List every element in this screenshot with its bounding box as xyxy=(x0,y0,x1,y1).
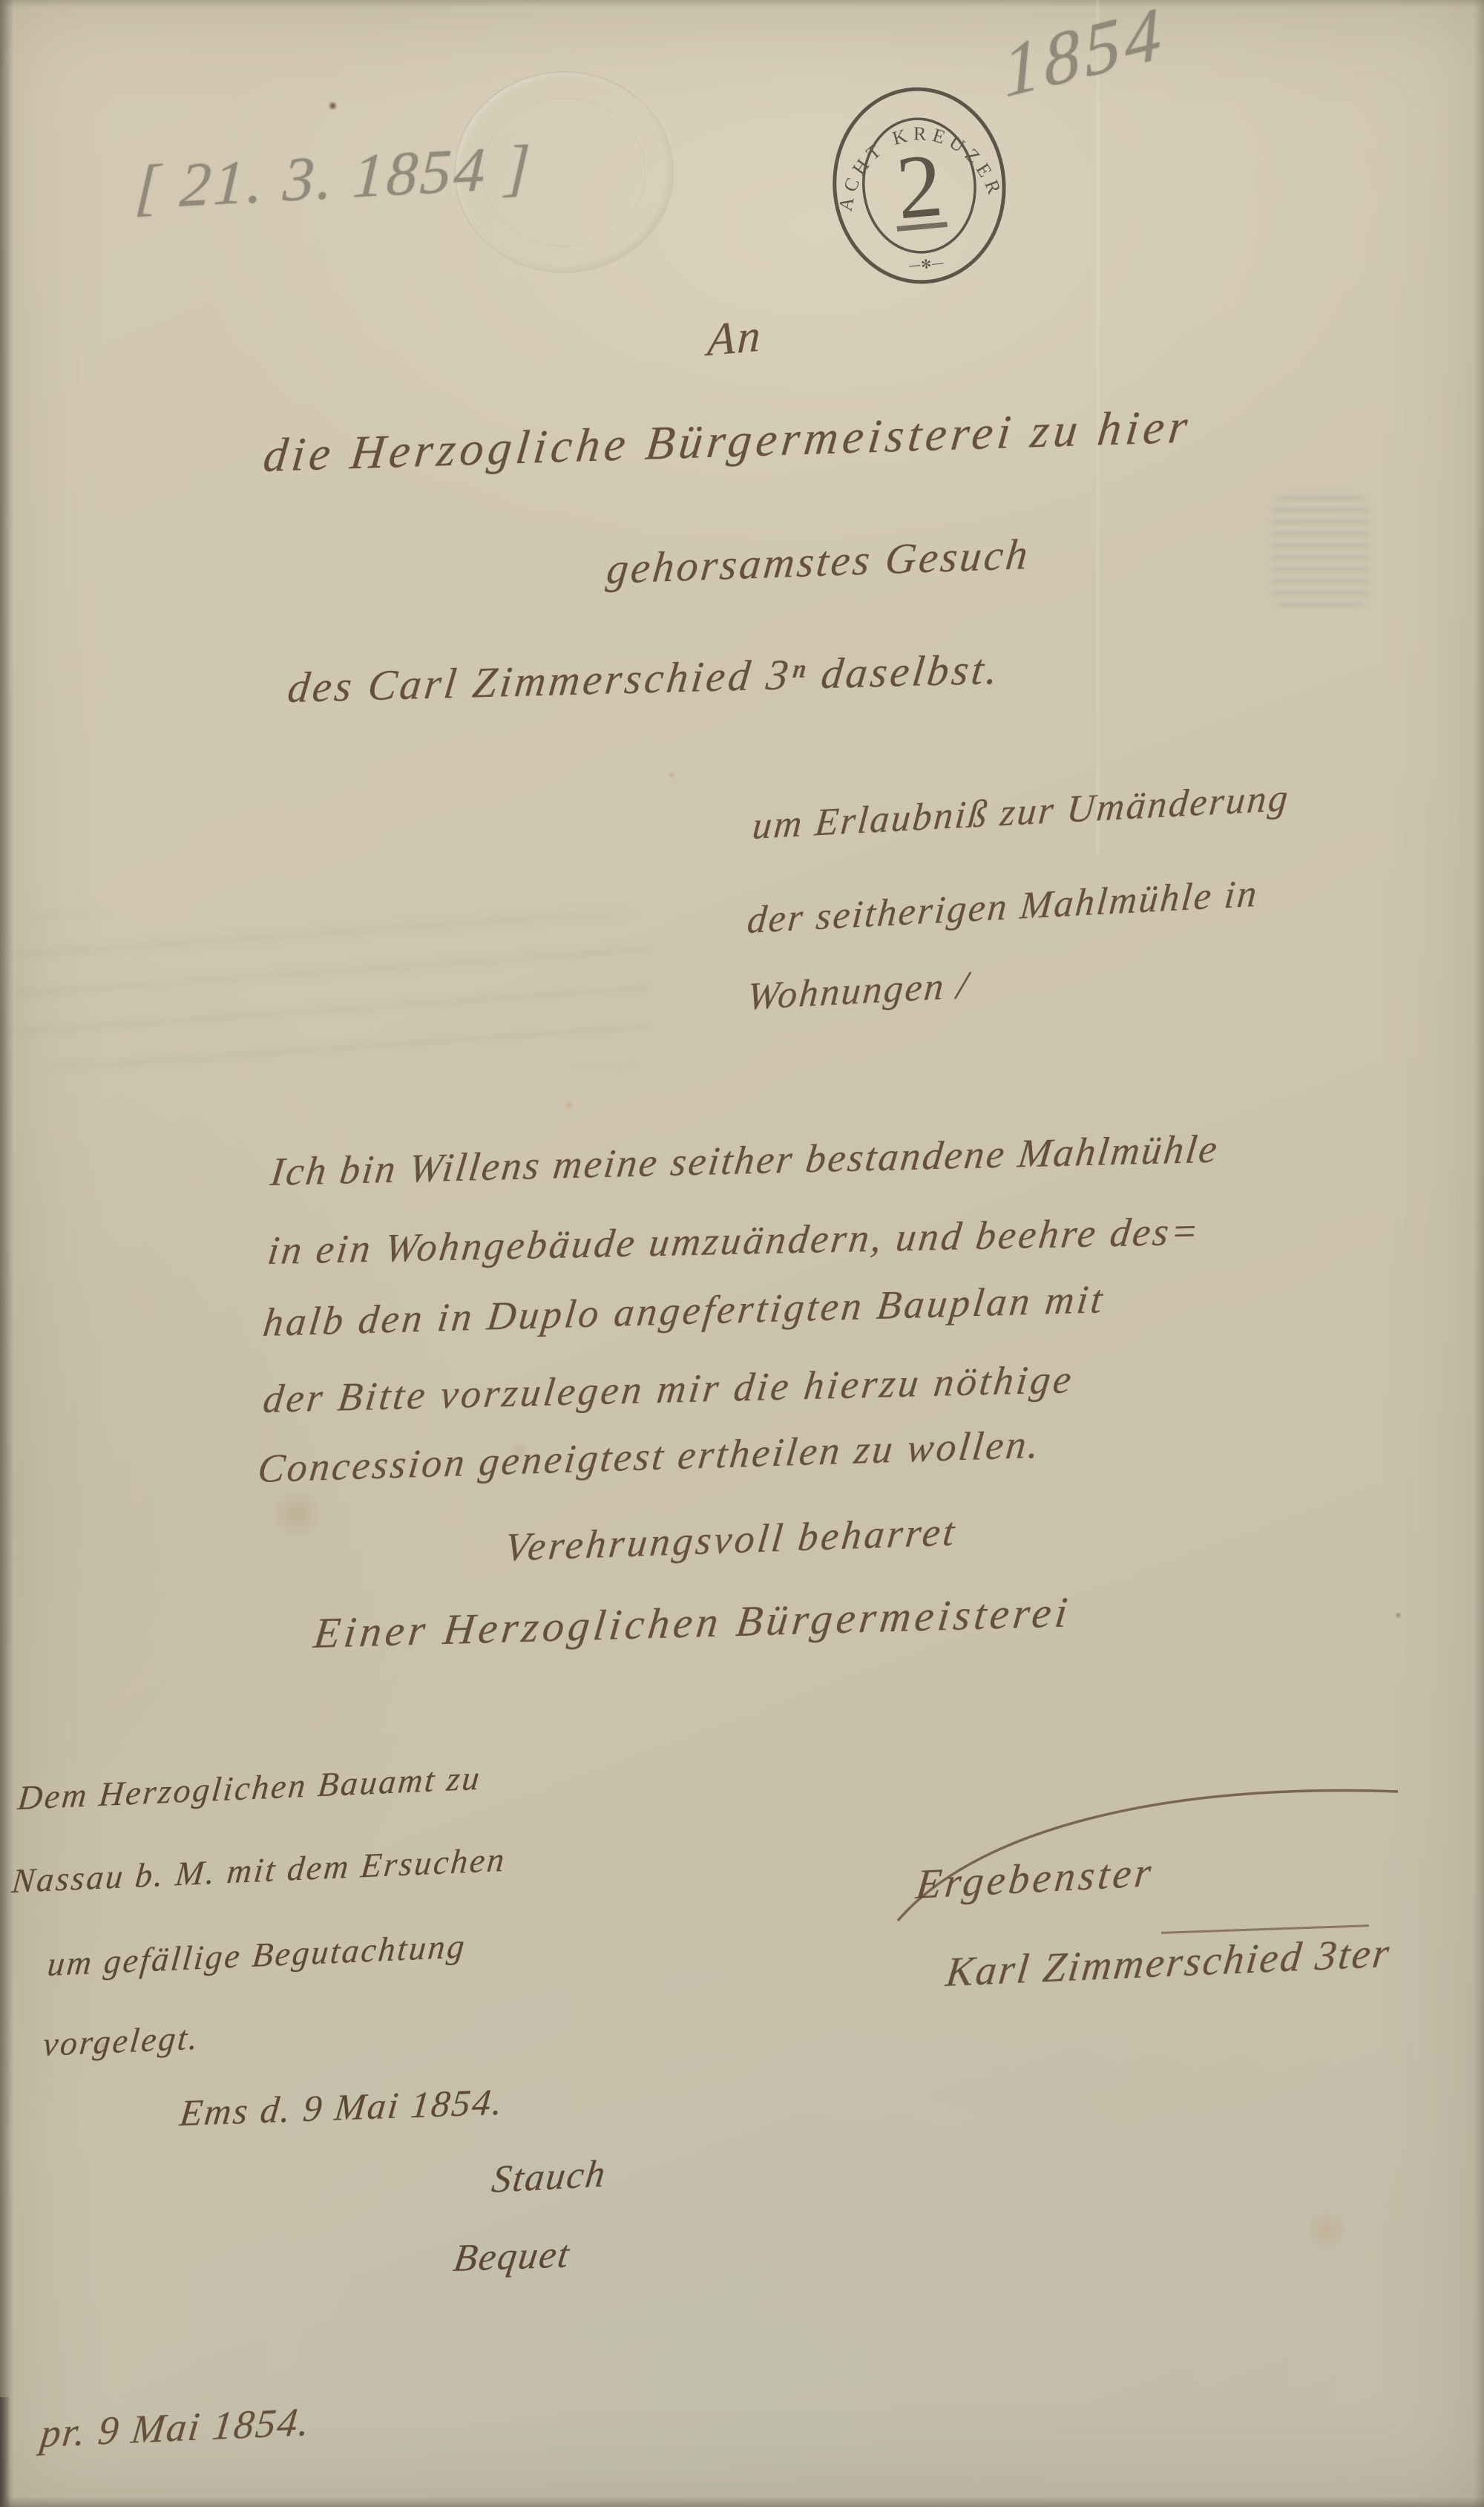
paper-edge-top xyxy=(0,0,1484,7)
verso-show-through xyxy=(1273,496,1369,607)
referral-note-line: Nassau b. M. mit dem Ersuchen xyxy=(10,1843,508,1898)
referral-signature: Stauch xyxy=(490,2155,608,2200)
body-line: in ein Wohngebäude umzuändern, und beehr… xyxy=(266,1211,1203,1271)
referral-note-line: um gefällige Begutachtung xyxy=(46,1929,468,1982)
referral-signature: Bequet xyxy=(451,2235,573,2278)
subject-line: um Erlaubniß zur Umänderung xyxy=(751,779,1291,846)
salutation-line: An xyxy=(706,312,764,364)
request-heading: gehorsamstes Gesuch xyxy=(605,533,1032,591)
referral-note-line: Dem Herzoglichen Bauamt zu xyxy=(16,1761,483,1815)
verso-show-through xyxy=(15,913,653,1069)
paper-stain xyxy=(668,772,675,779)
paper-edge-bottom xyxy=(0,2497,1484,2507)
address-line: die Herzogliche Bürgermeisterei zu hier xyxy=(261,402,1194,479)
paper-stain xyxy=(329,101,337,111)
body-line: der Bitte vorzulegen mir die hierzu nöth… xyxy=(261,1359,1076,1419)
paper-stain xyxy=(564,1101,574,1110)
closing-formula-line: Verehrungsvoll beharret xyxy=(503,1512,959,1567)
paper-stain xyxy=(267,1492,326,1536)
subject-line: Wohnungen / xyxy=(746,966,971,1017)
paper-edge-left xyxy=(0,0,13,2507)
pencil-year-annotation: 1854 xyxy=(1001,0,1167,110)
closing-addressee-line: Einer Herzoglichen Bürgermeisterei xyxy=(312,1590,1074,1655)
signature-line: Karl Zimmerschied 3ter xyxy=(944,1933,1393,1993)
paper-stain xyxy=(1395,1612,1402,1619)
body-line: Concession geneigtest ertheilen zu wolle… xyxy=(256,1424,1043,1489)
paper-edge-left-dark-notch xyxy=(0,2397,10,2507)
referral-note-line: vorgelegt. xyxy=(42,2021,201,2062)
stamp-ornament: —✻— xyxy=(907,256,945,274)
body-line: Ich bin Willens meine seither bestandene… xyxy=(269,1129,1221,1192)
paper-stain xyxy=(1310,2208,1344,2252)
revenue-stamp: ACHT KREUZER 2 —✻— xyxy=(818,74,1021,299)
referral-date-line: Ems d. 9 Mai 1854. xyxy=(178,2083,506,2131)
petitioner-line: des Carl Zimmerschied 3ⁿ daselbst. xyxy=(286,648,1003,710)
footer-date-note: pr. 9 Mai 1854. xyxy=(39,2402,313,2454)
scanned-letter-page: ACHT KREUZER 2 —✻— [ 21. 3. 1854 ] 1854 … xyxy=(0,0,1484,2507)
subject-line: der seitherigen Mahlmühle in xyxy=(746,875,1260,940)
body-line: halb den in Duplo angefertigten Bauplan … xyxy=(261,1279,1107,1343)
paper-edge-right xyxy=(1474,0,1484,2507)
